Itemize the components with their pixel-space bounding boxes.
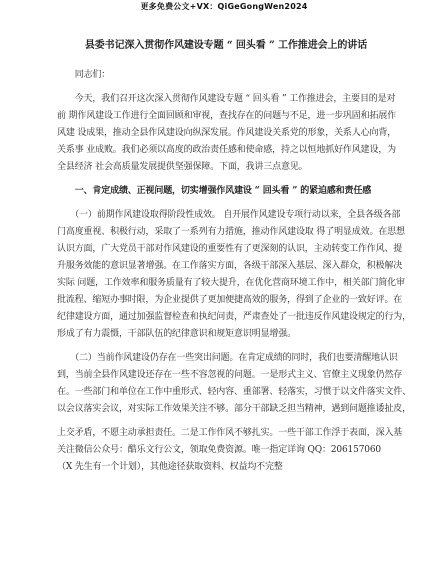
text-line: 关注微信公众号：酷乐文行公文，领取免费资源。唯一指定详询 QQ：20615706… xyxy=(57,442,395,459)
document-page: 更多免费公文+VX：QiGeGongWen2024 县委书记深入贯彻作风建设专题… xyxy=(0,0,448,580)
text-line: 批流程、缩短办事时限，为企业提供了更加便捷高效的服务，得到了企业的一致好评。在 xyxy=(57,292,395,309)
text-line: 认识方面，广大党员干部对作风建设的重要性有了更深刻的认识，主动转变工作作风、提 xyxy=(57,241,395,258)
text-line: 以会议落实会议，对实际工作效果关注不够。部分干部缺乏担当精神，遇到问题推诿扯皮， xyxy=(57,401,395,418)
text-line: 全县经济 社会高质量发展提供坚强保障。下面，我讲三点意见。 xyxy=(57,159,395,176)
text-line: （X 先生有一个计划），其他途径获取资料、权益均不完整 xyxy=(57,459,395,476)
text-line: （二）当前作风建设仍存在一些突出问题。在肯定成绩的同时，我们也要清醒地认识 xyxy=(57,350,395,367)
text-line: 关系事 业成败。我们必须以高度的政治责任感和使命感，持之以恒地抓好作风建设，为 xyxy=(57,142,395,159)
text-line: 上交矛盾，不愿主动承担责任。二是工作作风不够扎实。一些干部工作浮于表面，深入基 xyxy=(57,425,395,442)
document-body: 县委书记深入贯彻作风建设专题 “ 回头看 ” 工作推进会上的讲话 同志们： 今天… xyxy=(0,39,448,476)
text-line: 实际 问题，工作效率和服务质量有了较大提升，在优化营商环境工作中，相关部门简化审 xyxy=(57,275,395,292)
text-line: 今天，我们召开这次深入贯彻作风建设专题 “ 回头看 ” 工作推进会，主要目的是对 xyxy=(57,91,395,108)
text-line: 风建 设成果，推动全县作风建设向纵深发展。作风建设关系党的形象，关系人心向背， xyxy=(57,125,395,142)
text-line: 到，当前全县作风建设还存在一些不容忽视的问题。一是形式主义、官僚主义现象仍然存 xyxy=(57,367,395,384)
text-line: 升服务效能的意识显著增强。在工作落实方面，各级干部深入基层、深入群众，积极解决 xyxy=(57,258,395,275)
text-line: 形成了有力震慑，干部队伍的纪律意识和规矩意识明显增强。 xyxy=(57,326,395,343)
text-line: 在。一些部门和单位在工作中重形式、轻内容、重部署、轻落实，习惯于以文件落实文件、 xyxy=(57,384,395,401)
text-line: 同志们： xyxy=(57,67,395,84)
document-title: 县委书记深入贯彻作风建设专题 “ 回头看 ” 工作推进会上的讲话 xyxy=(57,39,395,52)
text-line: 门高度重视、积极行动，采取了一系列有力措施，推动作风建设取 得了明显成效。在思想 xyxy=(57,224,395,241)
section-heading: 一、肯定成绩、正视问题，切实增强作风建设 “ 回头看 ” 的紧迫感和责任感 xyxy=(57,183,395,200)
text-line: （一）前期作风建设取得阶段性成效。 自开展作风建设专项行动以来，全县各级各部 xyxy=(57,207,395,224)
text-line: 纪律建设方面，通过加强监督检查和执纪问责，严肃查处了一批违反作风建设规定的行为， xyxy=(57,309,395,326)
document-text: 同志们： 今天，我们召开这次深入贯彻作风建设专题 “ 回头看 ” 工作推进会，主… xyxy=(57,67,395,476)
text-line: 前 期作风建设工作进行全面回顾和审视，查找存在的问题与不足，进一步巩固和拓展作 xyxy=(57,108,395,125)
promo-banner: 更多免费公文+VX：QiGeGongWen2024 xyxy=(0,0,448,12)
